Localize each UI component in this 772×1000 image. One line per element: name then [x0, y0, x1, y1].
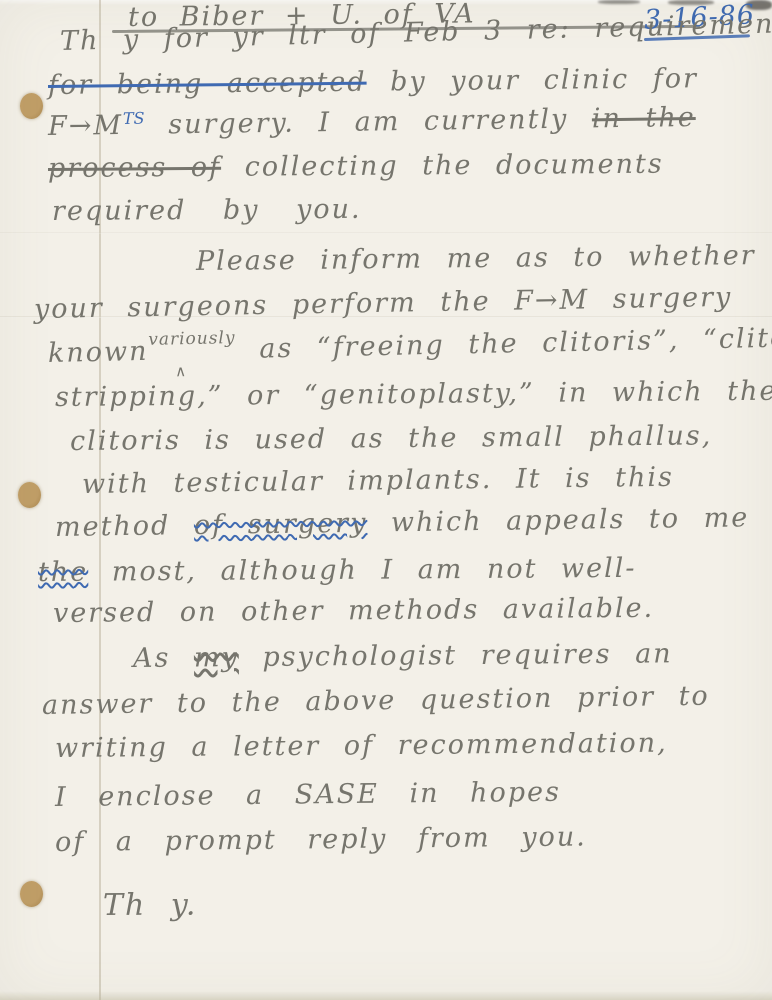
letter-line: the most, although I am not well- — [38, 553, 637, 588]
letter-line: F→MTS surgery. I am currently in the — [48, 101, 696, 142]
letter-line: clitoris is used as the small phallus, — [70, 420, 713, 457]
text-segment: writing a letter of recommendation, — [55, 728, 668, 764]
text-segment: Please inform me as to whether — [196, 240, 756, 277]
hole-punch-middle — [18, 482, 41, 508]
text-segment: TS — [123, 109, 145, 128]
text-segment: method — [55, 510, 194, 543]
text-segment: most, although I am not well- — [88, 553, 636, 588]
text-segment: process of — [48, 152, 221, 184]
text-segment: of a prompt reply from you. — [55, 821, 587, 858]
letter-line: process of collecting the documents — [48, 149, 664, 184]
letter-line: for being accepted by your clinic for — [48, 63, 698, 101]
insertion: variously∧ — [148, 334, 236, 367]
text-segment: psychologist requires an — [239, 638, 673, 673]
scan-smudge — [598, 0, 640, 4]
text-segment: versed on other methods available. — [53, 593, 654, 629]
text-segment: Th y. — [103, 888, 198, 923]
letter-line: stripping,” or “genitoplasty,” in which … — [55, 376, 772, 413]
letter-line: writing a letter of recommendation, — [55, 728, 668, 764]
text-segment: collecting the documents — [221, 149, 664, 183]
letter-line: knownvariously∧ as “freeing the clitoris… — [48, 322, 772, 369]
paper-bottom-edge — [0, 991, 772, 1000]
letter-line: I enclose a SASE in hopes — [55, 777, 561, 813]
letter-line: answer to the above question prior to — [42, 681, 710, 721]
inserted-word: variously — [148, 328, 236, 350]
letter-line: Th y. — [103, 888, 198, 923]
letter-line: with testicular implants. It is this — [82, 462, 674, 500]
text-segment: of surgery — [194, 508, 368, 541]
scanned-letter-page: to Biber + U. of VA 3-16-86 Th y for yr … — [0, 0, 772, 1000]
letter-line: versed on other methods available. — [53, 593, 654, 629]
text-segment: F→M — [48, 110, 123, 142]
text-segment: as “freeing the clitoris”, “clitoral — [235, 322, 772, 365]
text-segment: known — [48, 336, 149, 369]
hole-punch-bottom — [20, 881, 43, 907]
letter-line: of a prompt reply from you. — [55, 821, 587, 858]
text-segment: surgery. I am currently — [144, 103, 592, 140]
text-segment: for being accepted — [48, 67, 367, 101]
text-segment: clitoris is used as the small phallus, — [70, 420, 713, 457]
text-segment: the — [38, 557, 88, 588]
text-segment: by your clinic for — [366, 63, 698, 97]
letter-line: method of surgery which appeals to me — [55, 502, 750, 543]
text-segment: which appeals to me — [367, 502, 749, 538]
text-segment: my — [194, 642, 239, 673]
text-segment: stripping,” or “genitoplasty,” in which … — [55, 376, 772, 413]
letter-line: required by you. — [52, 194, 362, 227]
caret-icon: ∧ — [175, 362, 188, 380]
text-segment: in the — [592, 102, 696, 134]
letter-line: Please inform me as to whether — [196, 240, 756, 277]
letter-line: your surgeons perform the F→M surgery — [34, 282, 733, 325]
text-segment: required by you. — [52, 194, 362, 227]
letter-line: As my psychologist requires an — [133, 638, 673, 674]
fold-crease — [0, 232, 772, 234]
text-segment: with testicular implants. It is this — [82, 462, 674, 500]
text-segment: As — [133, 642, 194, 674]
hole-punch-top — [20, 93, 43, 119]
text-segment: your surgeons perform the F→M surgery — [34, 282, 733, 325]
text-segment: answer to the above question prior to — [42, 681, 710, 721]
text-segment: I enclose a SASE in hopes — [55, 777, 561, 813]
